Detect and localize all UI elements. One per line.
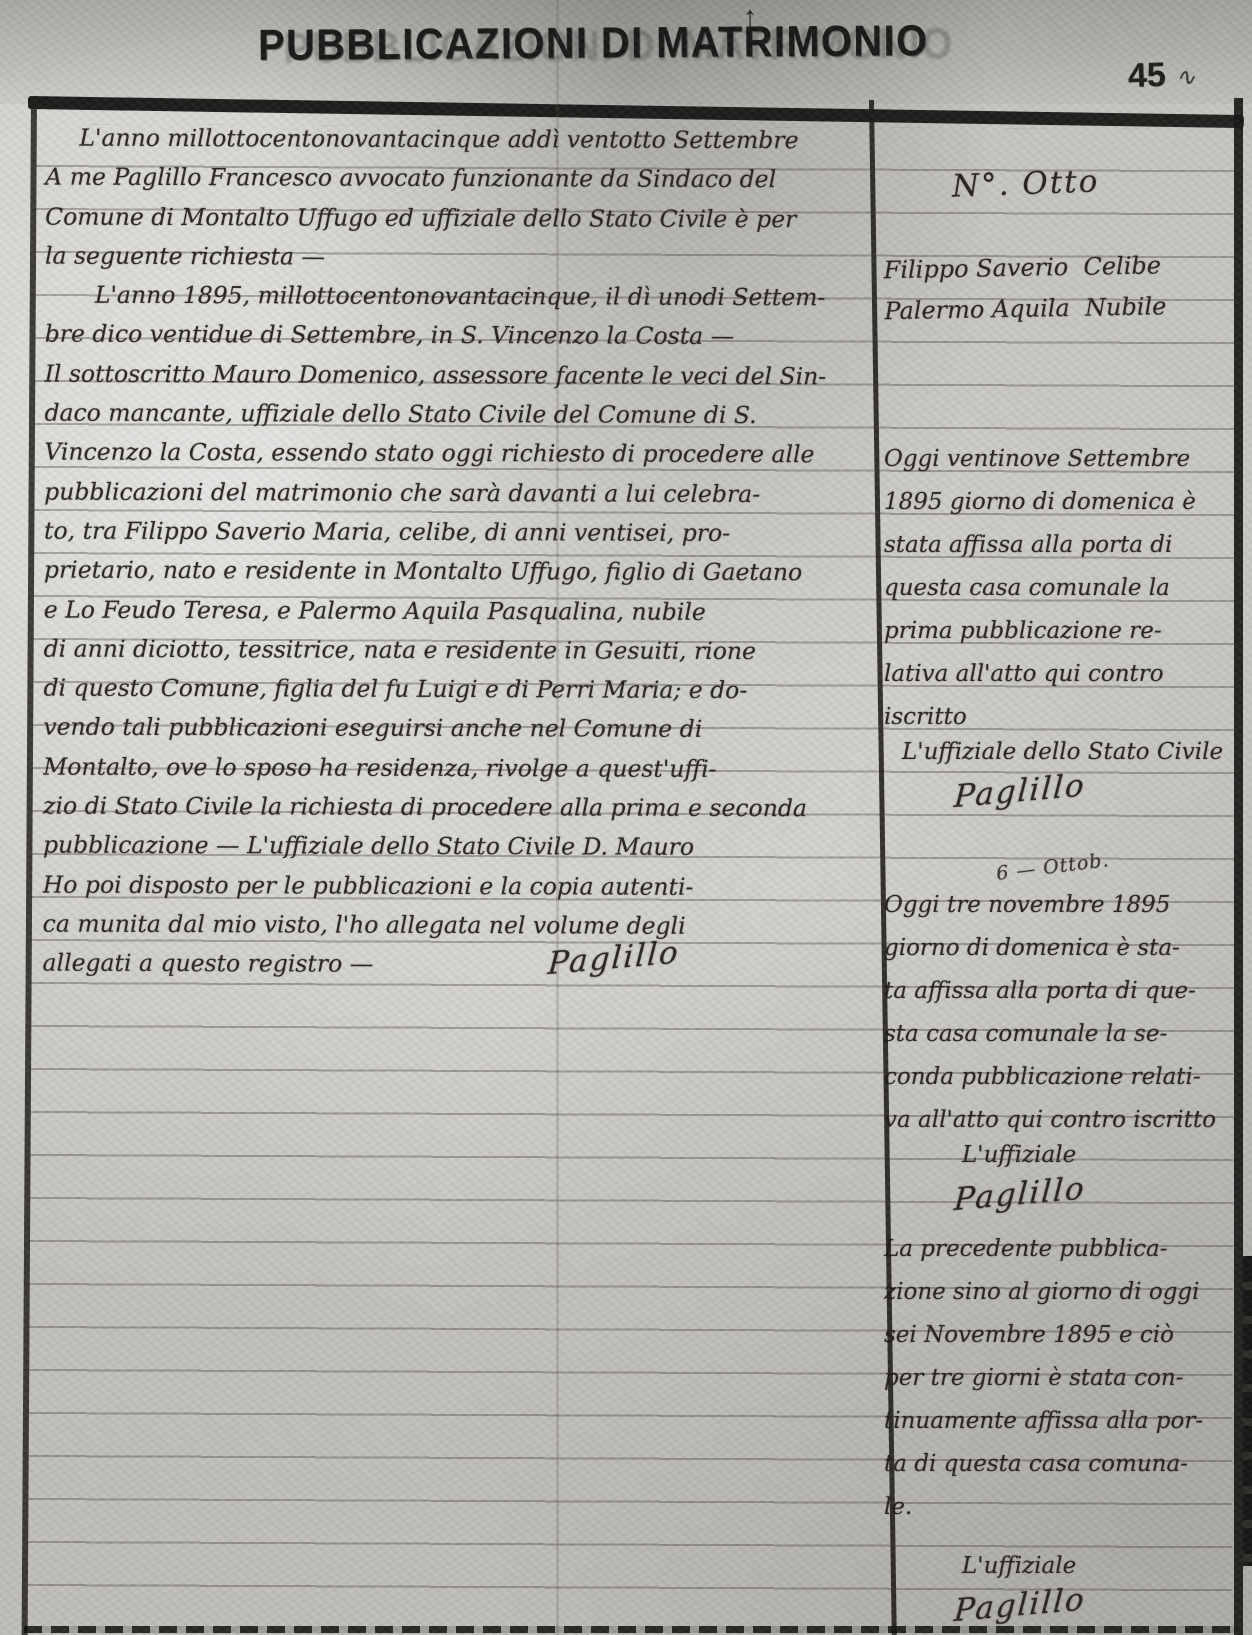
handwritten-line: tinuamente affissa alla por- <box>884 1400 1240 1443</box>
handwritten-line: di anni diciotto, tessitrice, nata e res… <box>44 629 866 671</box>
header-stamp-text: PUBBLICAZIONI DI MATRIMONIO <box>258 16 929 69</box>
handwritten-line: Comune di Montalto Uffugo ed uffiziale d… <box>45 197 867 239</box>
first-publication-note: Oggi ventinove Settembre1895 giorno di d… <box>884 438 1240 819</box>
handwritten-line: Oggi ventinove Settembre <box>884 438 1240 481</box>
handwritten-line: sta casa comunale la se- <box>884 1013 1240 1056</box>
handwritten-line: giorno di domenica è sta- <box>884 927 1240 970</box>
handwritten-line: 1895 giorno di domenica è <box>884 481 1240 524</box>
page-number-value: 45 <box>1127 56 1166 95</box>
handwritten-line: e Lo Feudo Teresa, e Palermo Aquila Pasq… <box>44 590 866 632</box>
handwritten-line: pubblicazione — L'uffiziale dello Stato … <box>43 826 865 868</box>
handwritten-line: Vincenzo la Costa, essendo stato oggi ri… <box>44 433 866 475</box>
handwritten-line: per tre giorni è stata con- <box>884 1357 1240 1400</box>
handwritten-line: allegati a questo registro — <box>42 944 864 986</box>
handwritten-line: pubblicazioni del matrimonio che sarà da… <box>44 472 866 514</box>
handwritten-line: to, tra Filippo Saverio Maria, celibe, d… <box>44 512 866 554</box>
handwritten-line: prima pubblicazione re- <box>884 610 1240 653</box>
handwritten-line: ca munita dal mio visto, l'ho allegata n… <box>43 905 865 947</box>
scanned-register-page: PUBBLICAZIONI DI MATRIMONIO ↑ 45 ∿ L'ann… <box>0 0 1252 1635</box>
handwritten-line: sei Novembre 1895 e ciò <box>884 1314 1240 1357</box>
third-publication-lines: La precedente pubblica-zione sino al gio… <box>884 1228 1240 1529</box>
film-edge-marks <box>1243 1256 1252 1566</box>
handwritten-line: L'anno 1895, millottocentonovantacinque,… <box>45 276 867 318</box>
handwritten-line: Il sottoscritto Mauro Domenico, assessor… <box>45 354 867 396</box>
handwritten-line: questa casa comunale la <box>884 567 1240 610</box>
handwritten-line: vendo tali pubblicazioni eseguirsi anche… <box>43 708 865 750</box>
handwritten-line: Montalto, ove lo sposo ha residenza, riv… <box>43 747 865 789</box>
handwritten-line: lativa all'atto qui contro <box>884 653 1240 696</box>
act-number: N°. Otto <box>951 163 1099 204</box>
second-publication-lines: Oggi tre novembre 1895giorno di domenica… <box>884 884 1240 1142</box>
handwritten-line: La precedente pubblica- <box>884 1228 1240 1271</box>
date-correction-note: 6 — Ottob. <box>995 849 1110 885</box>
handwritten-line: Filippo Saverio Celibe <box>883 244 1250 291</box>
handwritten-line: ta affissa alla porta di que- <box>884 970 1240 1013</box>
frame-left-border <box>22 98 37 1635</box>
third-publication-note: La precedente pubblica-zione sino al gio… <box>884 1228 1240 1633</box>
handwritten-line: L'anno millottocentonovantacinque addì v… <box>45 119 867 161</box>
handwritten-line: ta di questa casa comuna- <box>884 1443 1240 1486</box>
handwritten-line: bre dico ventidue di Settembre, in S. Vi… <box>45 315 867 357</box>
handwritten-line: prietario, nato e residente in Montalto … <box>44 551 866 593</box>
handwritten-line: conda pubblicazione relati- <box>884 1056 1240 1099</box>
page-number-flourish: ∿ <box>1175 63 1196 92</box>
spouses-names: Filippo Saverio CelibePalermo Aquila Nub… <box>883 244 1250 332</box>
arrow-mark-icon: ↑ <box>743 0 758 36</box>
handwritten-line: zione sino al giorno di oggi <box>884 1271 1240 1314</box>
page-number: 45 ∿ <box>1127 55 1196 96</box>
act-body-text: L'anno millottocentonovantacinque addì v… <box>42 119 867 986</box>
handwritten-line: Palermo Aquila Nubile <box>884 285 1251 332</box>
handwritten-line: le. <box>884 1486 1240 1529</box>
handwritten-line: Ho poi disposto per le pubblicazioni e l… <box>43 865 865 907</box>
handwritten-line: la seguente richiesta — <box>45 236 867 278</box>
handwritten-line: daco mancante, uffiziale dello Stato Civ… <box>44 394 866 436</box>
handwritten-line: A me Paglillo Francesco avvocato funzion… <box>45 158 867 200</box>
handwritten-line: zio di Stato Civile la richiesta di proc… <box>43 787 865 829</box>
handwritten-line: stata affissa alla porta di <box>884 524 1240 567</box>
second-publication-note: Oggi tre novembre 1895giorno di domenica… <box>884 884 1240 1222</box>
header-stamp: PUBBLICAZIONI DI MATRIMONIO ↑ <box>258 16 957 71</box>
first-publication-lines: Oggi ventinove Settembre1895 giorno di d… <box>884 438 1240 739</box>
handwritten-line: di questo Comune, figlia del fu Luigi e … <box>43 669 865 711</box>
scan-bottom-edge <box>24 1626 1238 1633</box>
handwritten-line: Oggi tre novembre 1895 <box>884 884 1240 927</box>
